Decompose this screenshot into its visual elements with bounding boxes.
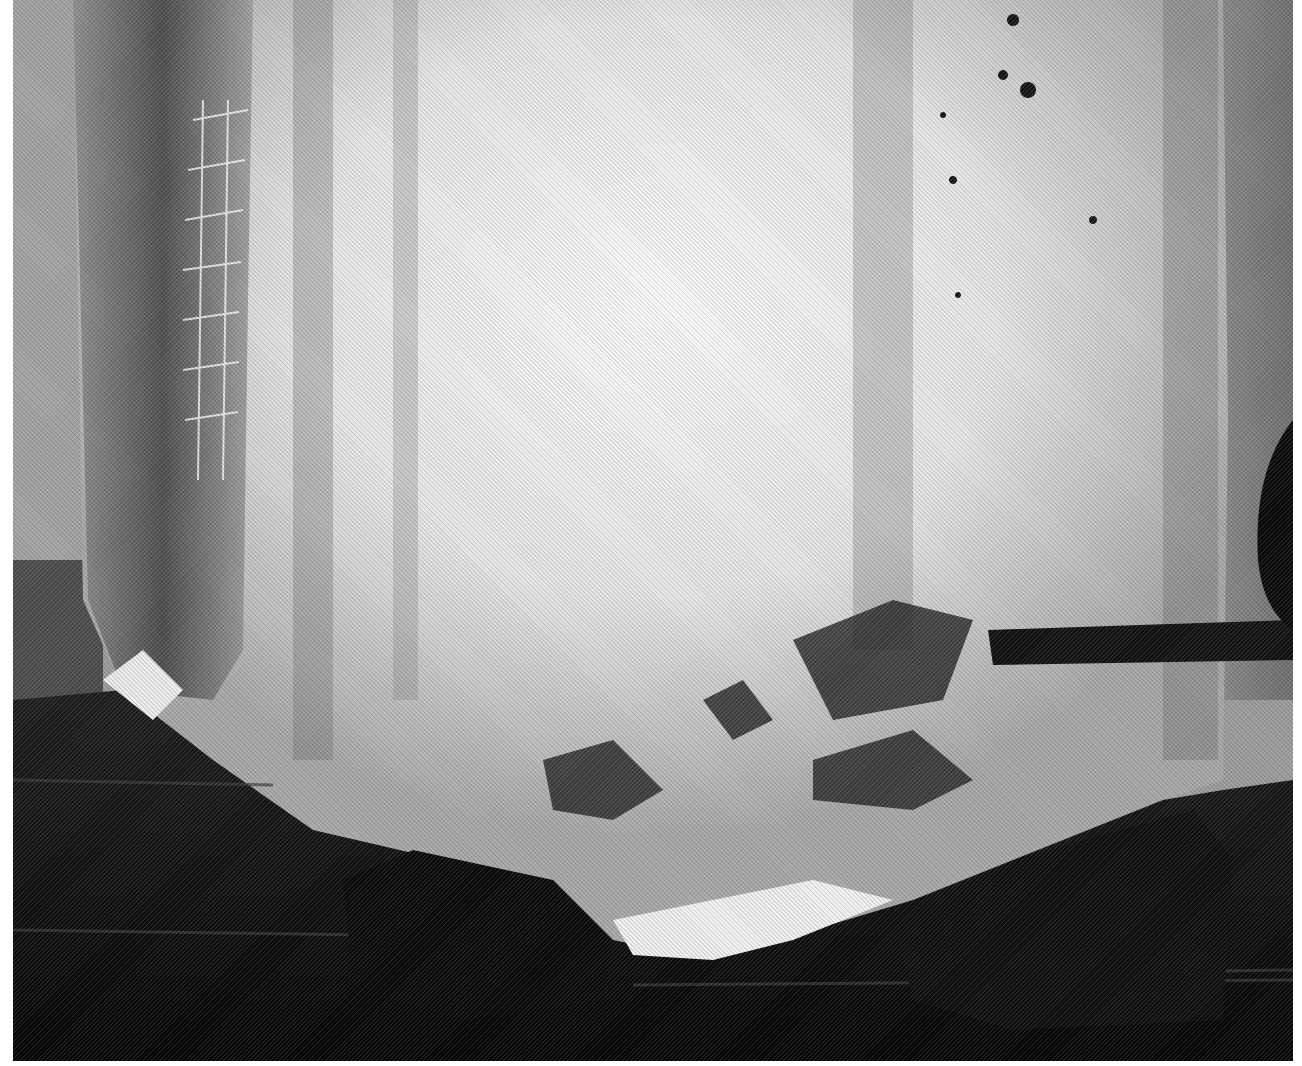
photo-rendering bbox=[13, 0, 1293, 1061]
figure-frame bbox=[0, 0, 1302, 1066]
specimen-photograph bbox=[13, 0, 1293, 1061]
